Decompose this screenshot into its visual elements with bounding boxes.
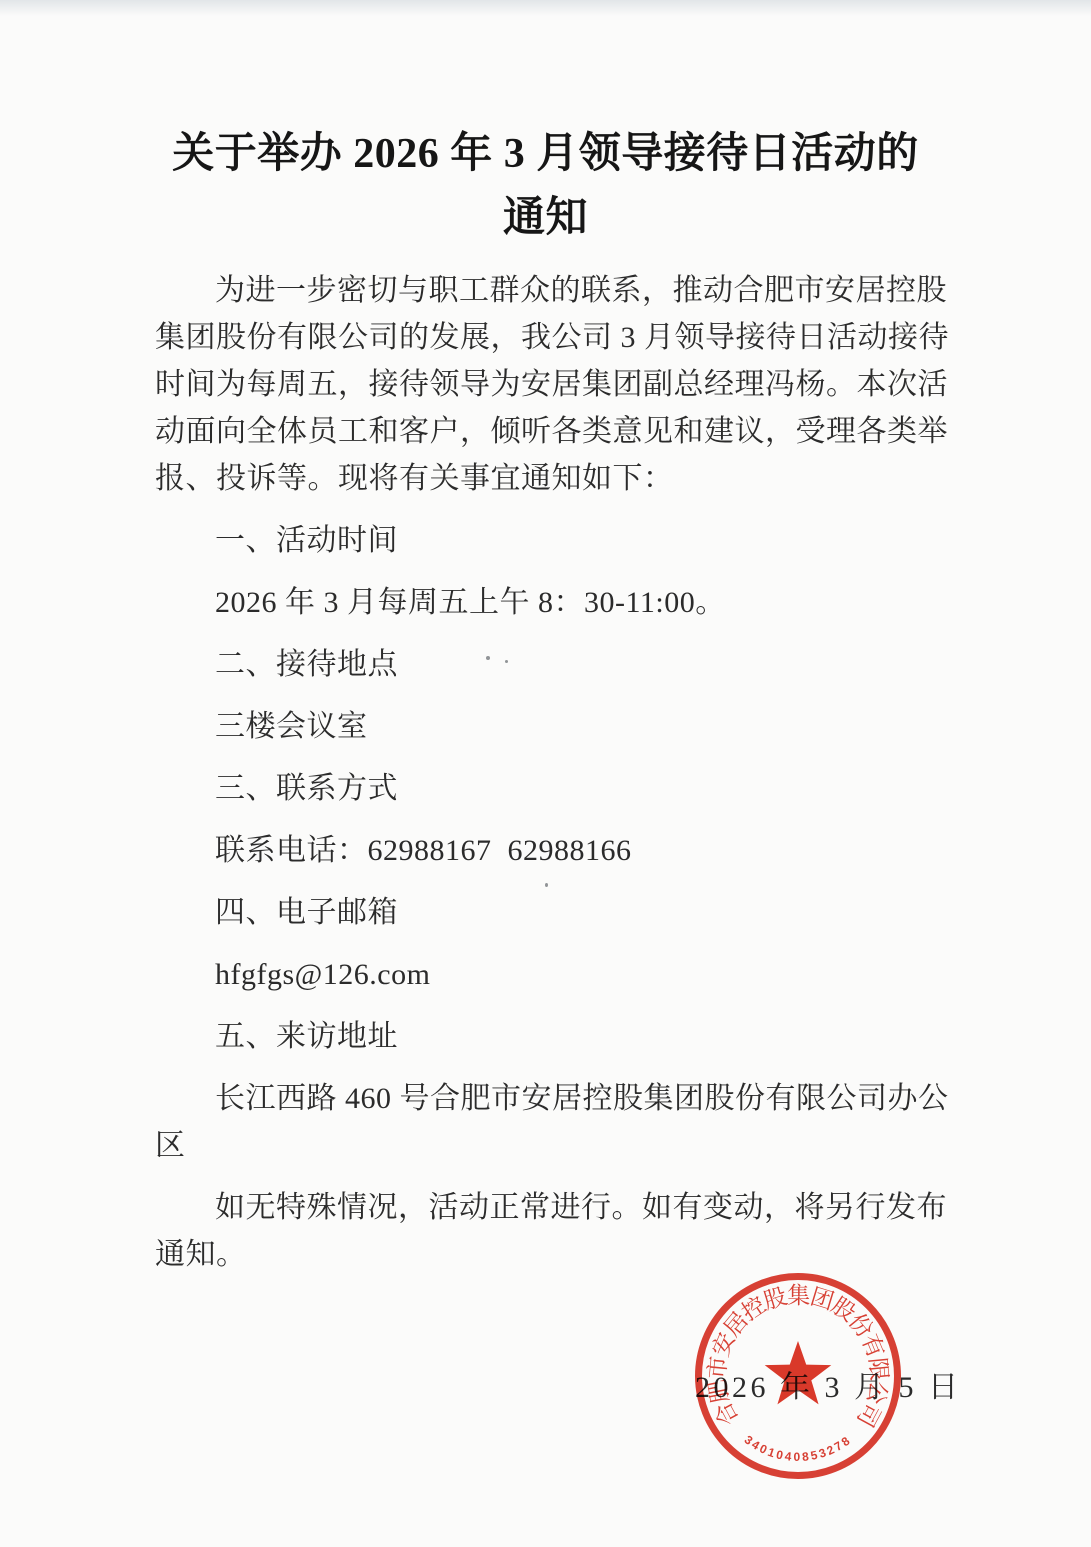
body-line: 一、活动时间	[155, 517, 936, 564]
document-content: 关于举办 2026 年 3 月领导接待日活动的 通知 为进一步密切与职工群众的联…	[155, 0, 936, 1278]
body-line: 四、电子邮箱	[155, 889, 936, 936]
body-line: 长江西路 460 号合肥市安居控股集团股份有限公司办公	[155, 1075, 936, 1122]
document-title-line1: 关于举办 2026 年 3 月领导接待日活动的	[172, 131, 919, 177]
body-line: 2026 年 3 月每周五上午 8：30-11:00。	[155, 579, 936, 626]
document-body: 为进一步密切与职工群众的联系，推动合肥市安居控股集团股份有限公司的发展，我公司 …	[155, 267, 936, 1278]
scanned-notice-page: 关于举办 2026 年 3 月领导接待日活动的 通知 为进一步密切与职工群众的联…	[0, 0, 1091, 1547]
stamp-serial-text: 3401040853278	[742, 1433, 855, 1464]
body-line: 五、来访地址	[155, 1013, 936, 1060]
body-line: hfgfgs@126.com	[155, 951, 936, 998]
body-line: 时间为每周五，接待领导为安居集团副总经理冯杨。本次活	[155, 361, 936, 408]
body-line: 区	[155, 1122, 936, 1169]
body-line: 报、投诉等。现将有关事宜通知如下：	[155, 455, 936, 502]
body-line: 如无特殊情况，活动正常进行。如有变动，将另行发布	[155, 1184, 936, 1231]
body-line: 二、接待地点	[155, 641, 936, 688]
document-title: 关于举办 2026 年 3 月领导接待日活动的 通知	[155, 0, 936, 250]
body-line: 动面向全体员工和客户，倾听各类意见和建议，受理各类举	[155, 408, 936, 455]
svg-text:3401040853278: 3401040853278	[742, 1433, 855, 1464]
document-title-line2: 通知	[503, 195, 588, 241]
body-line: 三、联系方式	[155, 765, 936, 812]
body-line: 三楼会议室	[155, 703, 936, 750]
company-seal-stamp: 合肥市安居控股集团股份有限公司 3401040853278	[692, 1270, 904, 1482]
body-line: 为进一步密切与职工群众的联系，推动合肥市安居控股	[155, 267, 936, 314]
stamp-star-icon	[765, 1341, 832, 1404]
body-line: 集团股份有限公司的发展，我公司 3 月领导接待日活动接待	[155, 314, 936, 361]
body-line: 联系电话：62988167 62988166	[155, 827, 936, 874]
